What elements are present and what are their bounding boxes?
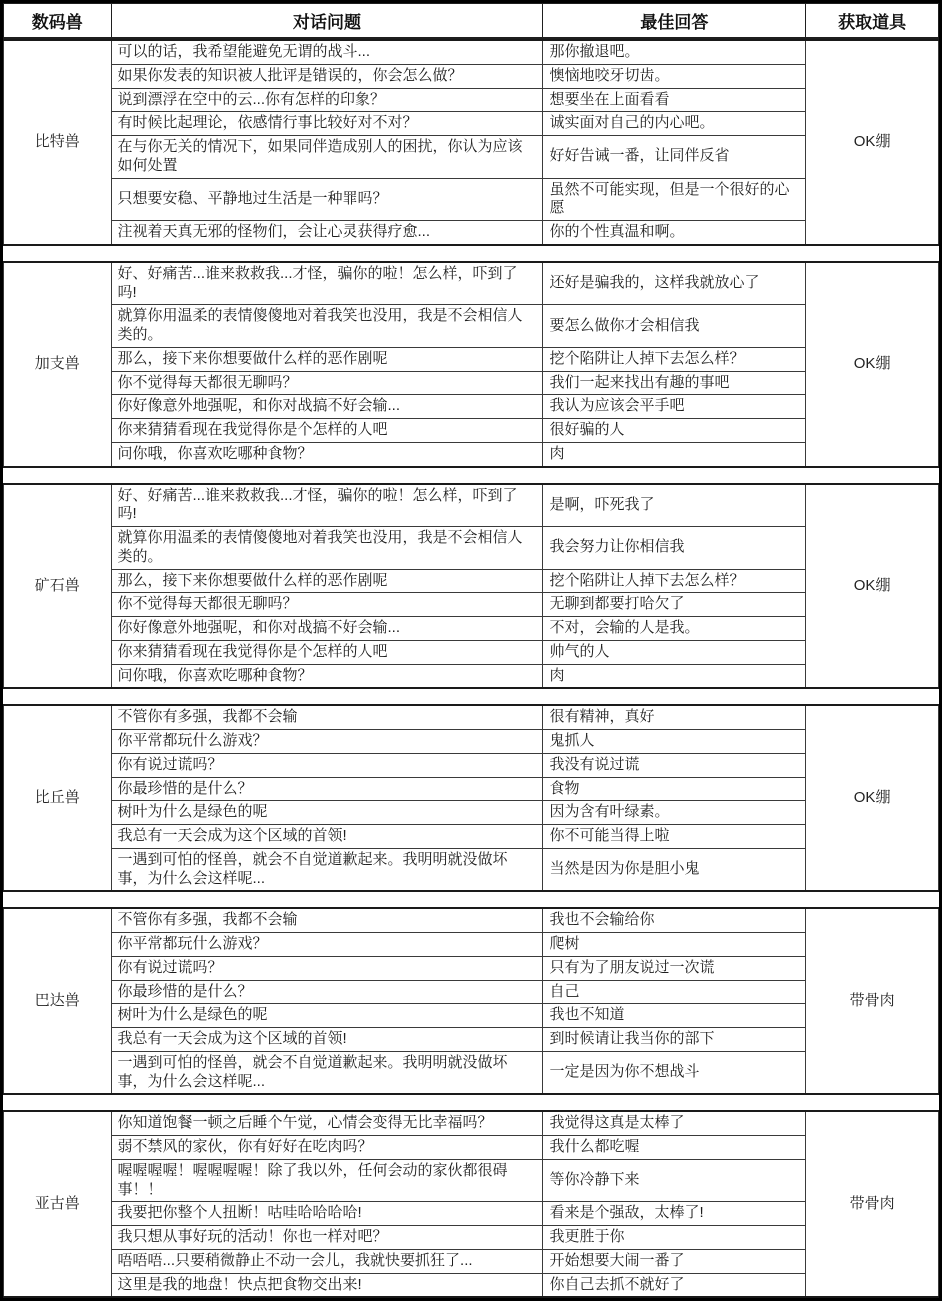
digimon-section-table: 矿石兽好、好痛苦...谁来救救我...才怪，骗你的啦！怎么样，吓到了吗!是啊，吓… <box>3 483 939 690</box>
answer-cell: 好好告诫一番，让同伴反省 <box>543 136 806 179</box>
qa-row: 树叶为什么是绿色的呢因为含有叶绿素。 <box>4 801 939 825</box>
answer-cell: 你自己去抓不就好了 <box>543 1273 806 1297</box>
question-cell: 注视着天真无邪的怪物们，会让心灵获得疗愈... <box>111 221 543 245</box>
question-cell: 你不觉得每天都很无聊吗？ <box>111 593 543 617</box>
question-cell: 你好像意外地强呢，和你对战搞不好会输... <box>111 395 543 419</box>
qa-row: 说到漂浮在空中的云...你有怎样的印象？想要坐在上面看看 <box>4 88 939 112</box>
qa-row: 只想要安稳、平静地过生活是一种罪吗？虽然不可能实现，但是一个很好的心愿 <box>4 178 939 221</box>
qa-row: 有时候比起理论，依感情行事比较好对不对？诚实面对自己的内心吧。 <box>4 112 939 136</box>
answer-cell: 要怎么做你才会相信我 <box>543 305 806 348</box>
answer-cell: 是啊，吓死我了 <box>543 484 806 527</box>
question-cell: 你平常都玩什么游戏？ <box>111 933 543 957</box>
question-cell: 我总有一天会成为这个区域的首领! <box>111 1028 543 1052</box>
answer-cell: 我们一起来找出有趣的事吧 <box>543 371 806 395</box>
qa-row: 你来猜猜看现在我觉得你是个怎样的人吧很好骗的人 <box>4 419 939 443</box>
question-cell: 就算你用温柔的表情傻傻地对着我笑也没用，我是不会相信人类的。 <box>111 527 543 570</box>
answer-cell: 你不可能当得上啦 <box>543 825 806 849</box>
answer-cell: 我会努力让你相信我 <box>543 527 806 570</box>
answer-cell: 当然是因为你是胆小鬼 <box>543 848 806 891</box>
digimon-section-table: 比丘兽不管你有多强，我都不会输很有精神，真好OK绷你平常都玩什么游戏？鬼抓人你有… <box>3 704 939 892</box>
question-cell: 那么，接下来你想要做什么样的恶作剧呢 <box>111 569 543 593</box>
answer-cell: 我也不会输给你 <box>543 908 806 932</box>
answer-cell: 自己 <box>543 980 806 1004</box>
qa-row: 就算你用温柔的表情傻傻地对着我笑也没用，我是不会相信人类的。我会努力让你相信我 <box>4 527 939 570</box>
question-cell: 你有说过谎吗？ <box>111 956 543 980</box>
qa-row: 问你哦，你喜欢吃哪种食物？肉 <box>4 664 939 688</box>
qa-row: 注视着天真无邪的怪物们，会让心灵获得疗愈...你的个性真温和啊。 <box>4 221 939 245</box>
answer-cell: 我也不知道 <box>543 1004 806 1028</box>
answer-cell: 懊恼地咬牙切齿。 <box>543 64 806 88</box>
qa-row: 唔唔唔...只要稍微静止不动一会儿，我就快要抓狂了...开始想要大闹一番了 <box>4 1249 939 1273</box>
answer-cell: 无聊到都要打哈欠了 <box>543 593 806 617</box>
answer-cell: 开始想要大闹一番了 <box>543 1249 806 1273</box>
section-divider-gap <box>3 1095 939 1110</box>
digimon-name-cell: 比特兽 <box>4 40 112 245</box>
qa-row: 你来猜猜看现在我觉得你是个怎样的人吧帅气的人 <box>4 640 939 664</box>
digimon-section-table: 比特兽可以的话，我希望能避免无谓的战斗...那你撤退吧。OK绷如果你发表的知识被… <box>3 39 939 246</box>
question-cell: 唔唔唔...只要稍微静止不动一会儿，我就快要抓狂了... <box>111 1249 543 1273</box>
qa-row: 在与你无关的情况下，如果同伴造成别人的困扰，你认为应该如何处置好好告诫一番，让同… <box>4 136 939 179</box>
answer-cell: 想要坐在上面看看 <box>543 88 806 112</box>
section-divider-gap <box>3 892 939 907</box>
answer-cell: 到时候请让我当你的部下 <box>543 1028 806 1052</box>
question-cell: 你来猜猜看现在我觉得你是个怎样的人吧 <box>111 640 543 664</box>
question-cell: 这里是我的地盘！快点把食物交出来! <box>111 1273 543 1297</box>
item-cell: OK绷 <box>806 262 939 467</box>
qa-row: 你不觉得每天都很无聊吗？无聊到都要打哈欠了 <box>4 593 939 617</box>
digimon-name-cell: 比丘兽 <box>4 705 112 891</box>
digimon-name-cell: 巴达兽 <box>4 908 112 1094</box>
digimon-section-table: 巴达兽不管你有多强，我都不会输我也不会输给你带骨肉你平常都玩什么游戏？爬树你有说… <box>3 907 939 1095</box>
qa-row: 我总有一天会成为这个区域的首领!你不可能当得上啦 <box>4 825 939 849</box>
answer-cell: 因为含有叶绿素。 <box>543 801 806 825</box>
answer-cell: 爬树 <box>543 933 806 957</box>
header-digimon: 数码兽 <box>4 4 112 39</box>
answer-cell: 你的个性真温和啊。 <box>543 221 806 245</box>
header-best-answer: 最佳回答 <box>543 4 806 39</box>
section-divider-gap <box>3 246 939 261</box>
qa-row: 你不觉得每天都很无聊吗？我们一起来找出有趣的事吧 <box>4 371 939 395</box>
answer-cell: 不对，会输的人是我。 <box>543 617 806 641</box>
table-body-sections: 比特兽可以的话，我希望能避免无谓的战斗...那你撤退吧。OK绷如果你发表的知识被… <box>3 39 939 1298</box>
answer-cell: 一定是因为你不想战斗 <box>543 1051 806 1094</box>
qa-row: 亚古兽你知道饱餐一顿之后睡个午觉，心情会变得无比幸福吗？我觉得这真是太棒了带骨肉 <box>4 1111 939 1135</box>
item-cell: 带骨肉 <box>806 1111 939 1297</box>
question-cell: 好、好痛苦...谁来救救我...才怪，骗你的啦！怎么样，吓到了吗! <box>111 484 543 527</box>
qa-row: 问你哦，你喜欢吃哪种食物？肉 <box>4 442 939 466</box>
answer-cell: 那你撤退吧。 <box>543 40 806 64</box>
question-cell: 一遇到可怕的怪兽，就会不自觉道歉起来。我明明就没做坏事，为什么会这样呢... <box>111 848 543 891</box>
section-divider-gap <box>3 689 939 704</box>
qa-row: 你有说过谎吗？只有为了朋友说过一次谎 <box>4 956 939 980</box>
question-cell: 你最珍惜的是什么？ <box>111 777 543 801</box>
question-cell: 问你哦，你喜欢吃哪种食物？ <box>111 442 543 466</box>
qa-row: 你最珍惜的是什么？食物 <box>4 777 939 801</box>
item-cell: 带骨肉 <box>806 908 939 1094</box>
question-cell: 不管你有多强，我都不会输 <box>111 705 543 729</box>
question-cell: 只想要安稳、平静地过生活是一种罪吗？ <box>111 178 543 221</box>
digimon-section-table: 加支兽好、好痛苦...谁来救救我...才怪，骗你的啦！怎么样，吓到了吗!还好是骗… <box>3 261 939 468</box>
digimon-qa-guide-table: 数码兽 对话问题 最佳回答 获取道具 比特兽可以的话，我希望能避免无谓的战斗..… <box>0 0 942 1301</box>
question-cell: 有时候比起理论，依感情行事比较好对不对？ <box>111 112 543 136</box>
question-cell: 在与你无关的情况下，如果同伴造成别人的困扰，你认为应该如何处置 <box>111 136 543 179</box>
header-obtained-item: 获取道具 <box>806 4 939 39</box>
digimon-name-cell: 矿石兽 <box>4 484 112 689</box>
answer-cell: 我什么都吃喔 <box>543 1136 806 1160</box>
answer-cell: 食物 <box>543 777 806 801</box>
qa-row: 如果你发表的知识被人批评是错误的，你会怎么做？懊恼地咬牙切齿。 <box>4 64 939 88</box>
qa-row: 巴达兽不管你有多强，我都不会输我也不会输给你带骨肉 <box>4 908 939 932</box>
qa-row: 一遇到可怕的怪兽，就会不自觉道歉起来。我明明就没做坏事，为什么会这样呢...一定… <box>4 1051 939 1094</box>
answer-cell: 挖个陷阱让人掉下去怎么样？ <box>543 569 806 593</box>
answer-cell: 只有为了朋友说过一次谎 <box>543 956 806 980</box>
question-cell: 你有说过谎吗？ <box>111 753 543 777</box>
qa-row: 弱不禁风的家伙，你有好好在吃肉吗？我什么都吃喔 <box>4 1136 939 1160</box>
question-cell: 你最珍惜的是什么？ <box>111 980 543 1004</box>
question-cell: 就算你用温柔的表情傻傻地对着我笑也没用，我是不会相信人类的。 <box>111 305 543 348</box>
question-cell: 你不觉得每天都很无聊吗？ <box>111 371 543 395</box>
qa-row: 我只想从事好玩的活动！你也一样对吧？我更胜于你 <box>4 1226 939 1250</box>
qa-row: 这里是我的地盘！快点把食物交出来!你自己去抓不就好了 <box>4 1273 939 1297</box>
question-cell: 我只想从事好玩的活动！你也一样对吧？ <box>111 1226 543 1250</box>
answer-cell: 我没有说过谎 <box>543 753 806 777</box>
item-cell: OK绷 <box>806 40 939 245</box>
qa-row: 就算你用温柔的表情傻傻地对着我笑也没用，我是不会相信人类的。要怎么做你才会相信我 <box>4 305 939 348</box>
qa-row: 比丘兽不管你有多强，我都不会输很有精神，真好OK绷 <box>4 705 939 729</box>
header-question: 对话问题 <box>111 4 543 39</box>
qa-row: 你平常都玩什么游戏？爬树 <box>4 933 939 957</box>
answer-cell: 诚实面对自己的内心吧。 <box>543 112 806 136</box>
answer-cell: 鬼抓人 <box>543 730 806 754</box>
question-cell: 喔喔喔喔！喔喔喔喔！除了我以外，任何会动的家伙都很碍事！！ <box>111 1159 543 1202</box>
digimon-name-cell: 加支兽 <box>4 262 112 467</box>
answer-cell: 看来是个强敌，太棒了! <box>543 1202 806 1226</box>
qa-row: 一遇到可怕的怪兽，就会不自觉道歉起来。我明明就没做坏事，为什么会这样呢...当然… <box>4 848 939 891</box>
qa-row: 喔喔喔喔！喔喔喔喔！除了我以外，任何会动的家伙都很碍事！！等你冷静下来 <box>4 1159 939 1202</box>
question-cell: 树叶为什么是绿色的呢 <box>111 1004 543 1028</box>
question-cell: 不管你有多强，我都不会输 <box>111 908 543 932</box>
qa-row: 加支兽好、好痛苦...谁来救救我...才怪，骗你的啦！怎么样，吓到了吗!还好是骗… <box>4 262 939 305</box>
question-cell: 你知道饱餐一顿之后睡个午觉，心情会变得无比幸福吗？ <box>111 1111 543 1135</box>
table-header-row: 数码兽 对话问题 最佳回答 获取道具 <box>3 3 939 39</box>
digimon-section-table: 亚古兽你知道饱餐一顿之后睡个午觉，心情会变得无比幸福吗？我觉得这真是太棒了带骨肉… <box>3 1110 939 1298</box>
digimon-name-cell: 亚古兽 <box>4 1111 112 1297</box>
question-cell: 好、好痛苦...谁来救救我...才怪，骗你的啦！怎么样，吓到了吗! <box>111 262 543 305</box>
item-cell: OK绷 <box>806 484 939 689</box>
question-cell: 我要把你整个人扭断！咕哇哈哈哈哈! <box>111 1202 543 1226</box>
qa-row: 你有说过谎吗？我没有说过谎 <box>4 753 939 777</box>
question-cell: 我总有一天会成为这个区域的首领! <box>111 825 543 849</box>
qa-row: 树叶为什么是绿色的呢我也不知道 <box>4 1004 939 1028</box>
qa-row: 那么，接下来你想要做什么样的恶作剧呢挖个陷阱让人掉下去怎么样？ <box>4 569 939 593</box>
answer-cell: 我觉得这真是太棒了 <box>543 1111 806 1135</box>
question-cell: 可以的话，我希望能避免无谓的战斗... <box>111 40 543 64</box>
section-divider-gap <box>3 468 939 483</box>
question-cell: 如果你发表的知识被人批评是错误的，你会怎么做？ <box>111 64 543 88</box>
answer-cell: 还好是骗我的，这样我就放心了 <box>543 262 806 305</box>
question-cell: 说到漂浮在空中的云...你有怎样的印象？ <box>111 88 543 112</box>
answer-cell: 等你冷静下来 <box>543 1159 806 1202</box>
answer-cell: 肉 <box>543 442 806 466</box>
answer-cell: 我认为应该会平手吧 <box>543 395 806 419</box>
qa-row: 你最珍惜的是什么？自己 <box>4 980 939 1004</box>
answer-cell: 虽然不可能实现，但是一个很好的心愿 <box>543 178 806 221</box>
answer-cell: 肉 <box>543 664 806 688</box>
qa-row: 矿石兽好、好痛苦...谁来救救我...才怪，骗你的啦！怎么样，吓到了吗!是啊，吓… <box>4 484 939 527</box>
qa-row: 我总有一天会成为这个区域的首领!到时候请让我当你的部下 <box>4 1028 939 1052</box>
answer-cell: 很有精神，真好 <box>543 705 806 729</box>
answer-cell: 我更胜于你 <box>543 1226 806 1250</box>
qa-row: 你好像意外地强呢，和你对战搞不好会输...不对，会输的人是我。 <box>4 617 939 641</box>
question-cell: 你好像意外地强呢，和你对战搞不好会输... <box>111 617 543 641</box>
question-cell: 你来猜猜看现在我觉得你是个怎样的人吧 <box>111 419 543 443</box>
question-cell: 弱不禁风的家伙，你有好好在吃肉吗？ <box>111 1136 543 1160</box>
question-cell: 那么，接下来你想要做什么样的恶作剧呢 <box>111 347 543 371</box>
qa-row: 你好像意外地强呢，和你对战搞不好会输...我认为应该会平手吧 <box>4 395 939 419</box>
answer-cell: 挖个陷阱让人掉下去怎么样？ <box>543 347 806 371</box>
question-cell: 问你哦，你喜欢吃哪种食物？ <box>111 664 543 688</box>
qa-row: 你平常都玩什么游戏？鬼抓人 <box>4 730 939 754</box>
qa-row: 那么，接下来你想要做什么样的恶作剧呢挖个陷阱让人掉下去怎么样？ <box>4 347 939 371</box>
answer-cell: 很好骗的人 <box>543 419 806 443</box>
question-cell: 你平常都玩什么游戏？ <box>111 730 543 754</box>
question-cell: 一遇到可怕的怪兽，就会不自觉道歉起来。我明明就没做坏事，为什么会这样呢... <box>111 1051 543 1094</box>
answer-cell: 帅气的人 <box>543 640 806 664</box>
question-cell: 树叶为什么是绿色的呢 <box>111 801 543 825</box>
item-cell: OK绷 <box>806 705 939 891</box>
qa-row: 我要把你整个人扭断！咕哇哈哈哈哈!看来是个强敌，太棒了! <box>4 1202 939 1226</box>
qa-row: 比特兽可以的话，我希望能避免无谓的战斗...那你撤退吧。OK绷 <box>4 40 939 64</box>
